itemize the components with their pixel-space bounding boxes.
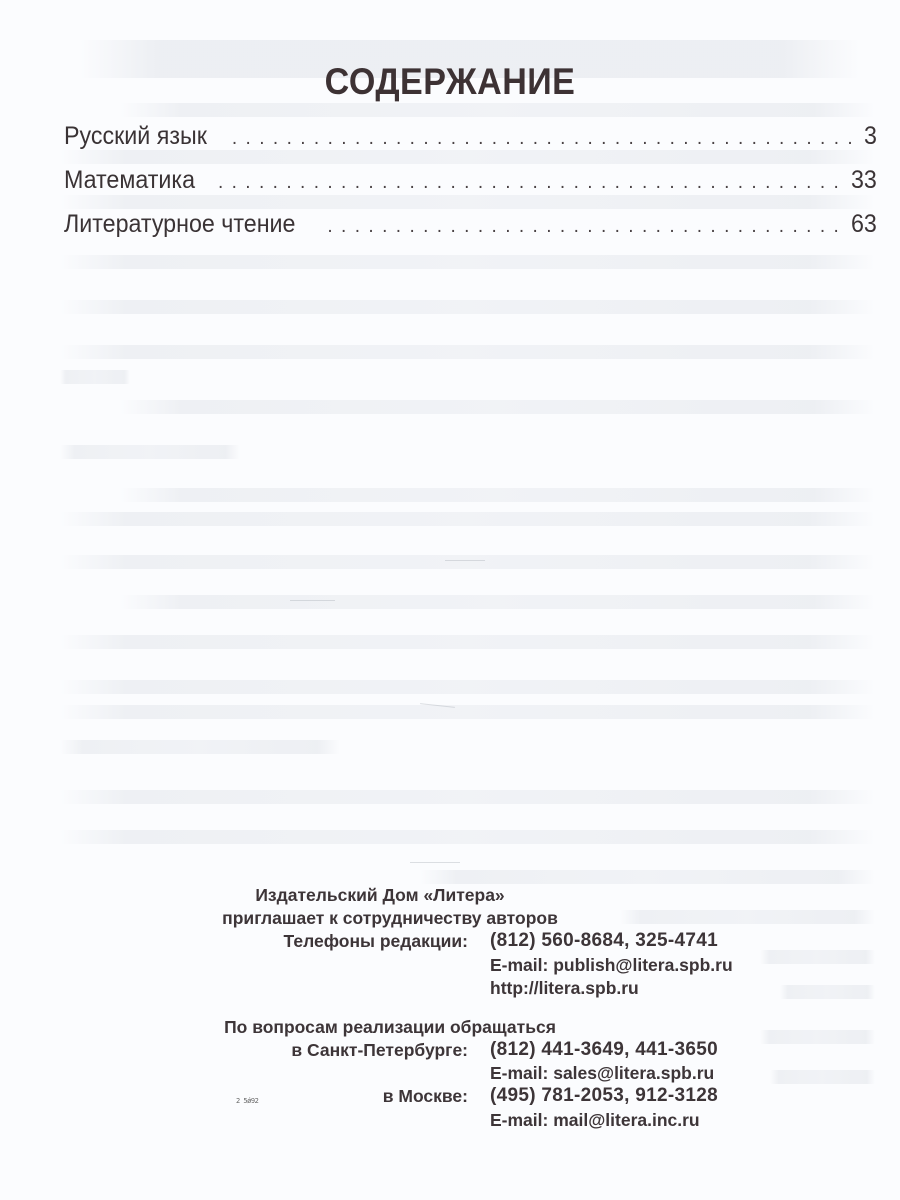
table-of-contents: Русский язык ...........................…: [64, 122, 877, 254]
toc-entry-math[interactable]: Математика .............................…: [64, 166, 877, 210]
toc-entry-page: 63: [849, 210, 877, 239]
website-link[interactable]: http://litera.spb.ru: [490, 977, 639, 1000]
toc-entry-label: Литературное чтение: [64, 210, 305, 239]
editorial-phones: (812) 560-8684, 325-4741: [490, 930, 718, 953]
toc-entry-page: 3: [862, 122, 877, 151]
spb-email-link[interactable]: E-mail: sales@litera.spb.ru: [490, 1062, 714, 1085]
spb-label: в Санкт-Петербурге:: [291, 1039, 468, 1062]
toc-entry-russian[interactable]: Русский язык ...........................…: [64, 122, 877, 166]
toc-leader-dots: ........................................…: [215, 172, 847, 194]
moscow-email-link[interactable]: E-mail: mail@litera.inc.ru: [490, 1109, 700, 1132]
spb-phones: (812) 441-3649, 441-3650: [490, 1039, 718, 1062]
page-title: СОДЕРЖАНИЕ: [36, 61, 864, 103]
toc-entry-label: Русский язык: [64, 122, 216, 151]
toc-entry-label: Математика: [64, 166, 204, 195]
toc-leader-dots: ........................................…: [323, 216, 847, 238]
toc-entry-literature[interactable]: Литературное чтение ....................…: [64, 210, 877, 254]
print-mark: 2 5ǿ92: [236, 1097, 258, 1105]
toc-entry-page: 33: [849, 166, 877, 195]
publisher-name: Издательский Дом «Литера»: [0, 884, 830, 907]
editorial-email-link[interactable]: E-mail: publish@litera.spb.ru: [490, 954, 733, 977]
moscow-label: в Москве:: [383, 1085, 468, 1108]
moscow-phones: (495) 781-2053, 912-3128: [490, 1085, 718, 1108]
toc-leader-dots: ........................................…: [228, 128, 861, 150]
publisher-invite: приглашает к сотрудничеству авторов: [0, 907, 840, 930]
sales-heading: По вопросам реализации обращаться: [0, 1016, 840, 1039]
editorial-label: Телефоны редакции:: [284, 930, 468, 953]
